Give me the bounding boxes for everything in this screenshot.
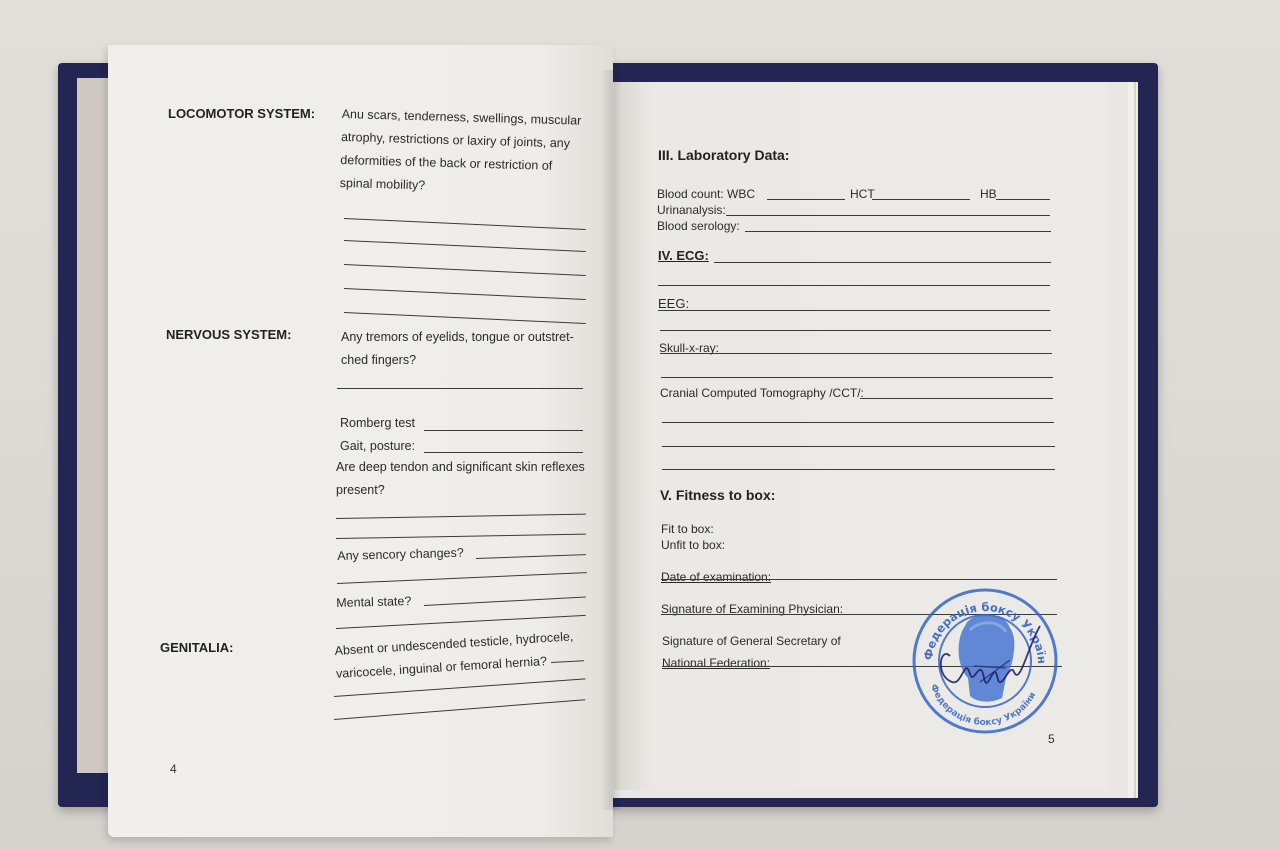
cct-answer-line[interactable] [662, 446, 1055, 447]
serology-field[interactable] [745, 231, 1051, 232]
locomotor-question: Anu scars, tenderness, swellings, muscul… [339, 103, 581, 202]
eeg-field[interactable] [658, 310, 1050, 311]
unfit-to-box-label: Unfit to box: [661, 538, 725, 552]
page-number-right: 5 [1048, 732, 1055, 746]
gait-label: Gait, posture: [340, 435, 415, 458]
cct-answer-line[interactable] [662, 422, 1054, 423]
wbc-label: Blood count: WBC [657, 187, 755, 201]
skull-xray-answer-line[interactable] [661, 377, 1053, 378]
romberg-label: Romberg test [340, 412, 415, 435]
federation-stamp-icon: Федерація боксу України Федерація боксу … [910, 586, 1060, 736]
question-line: ched fingers? [341, 349, 574, 372]
locomotor-heading: LOCOMOTOR SYSTEM: [168, 106, 315, 121]
cct-label: Cranial Computed Tomography /CCT/: [660, 386, 864, 400]
eeg-answer-line[interactable] [660, 330, 1051, 331]
reflex-question: Are deep tendon and significant skin ref… [336, 456, 585, 502]
date-label: Date of examination: [661, 570, 771, 584]
hct-field[interactable] [872, 199, 970, 200]
question-line: present? [336, 479, 585, 502]
ecg-answer-line[interactable] [658, 285, 1050, 286]
urinanalysis-label: Urinanalysis: [657, 203, 726, 217]
fit-to-box-label: Fit to box: [661, 522, 714, 536]
question-line: Are deep tendon and significant skin ref… [336, 456, 585, 479]
sensory-label: Any sencory changes? [337, 542, 464, 568]
ecg-field[interactable] [714, 262, 1051, 263]
gutter-shadow [600, 70, 622, 810]
ecg-heading: IV. ECG: [658, 248, 709, 263]
serology-label: Blood serology: [657, 219, 740, 233]
date-field[interactable] [661, 579, 1057, 580]
question-line: Any tremors of eyelids, tongue or outstr… [341, 326, 574, 349]
eeg-label: EEG: [658, 296, 689, 311]
urinanalysis-field[interactable] [726, 215, 1050, 216]
cct-field[interactable] [860, 398, 1053, 399]
secretary-signature-label-1: Signature of General Secretary of [662, 634, 841, 648]
page-number-left: 4 [170, 762, 177, 776]
wbc-field[interactable] [767, 199, 845, 200]
nervous-answer-line[interactable] [337, 388, 583, 389]
hb-label: HB [980, 187, 997, 201]
hb-field[interactable] [996, 199, 1050, 200]
nervous-heading: NERVOUS SYSTEM: [166, 327, 291, 342]
gait-field[interactable] [424, 452, 583, 453]
romberg-field[interactable] [424, 430, 583, 431]
hct-label: HCT [850, 187, 875, 201]
lab-heading: III. Laboratory Data: [658, 147, 789, 163]
fitness-heading: V. Fitness to box: [660, 487, 775, 503]
secretary-signature-label-2: National Federation: [662, 656, 770, 670]
genitalia-heading: GENITALIA: [160, 640, 233, 655]
mental-label: Mental state? [336, 590, 412, 615]
skull-xray-field[interactable] [660, 353, 1052, 354]
nervous-question: Any tremors of eyelids, tongue or outstr… [341, 326, 574, 372]
cct-answer-line[interactable] [662, 469, 1055, 470]
